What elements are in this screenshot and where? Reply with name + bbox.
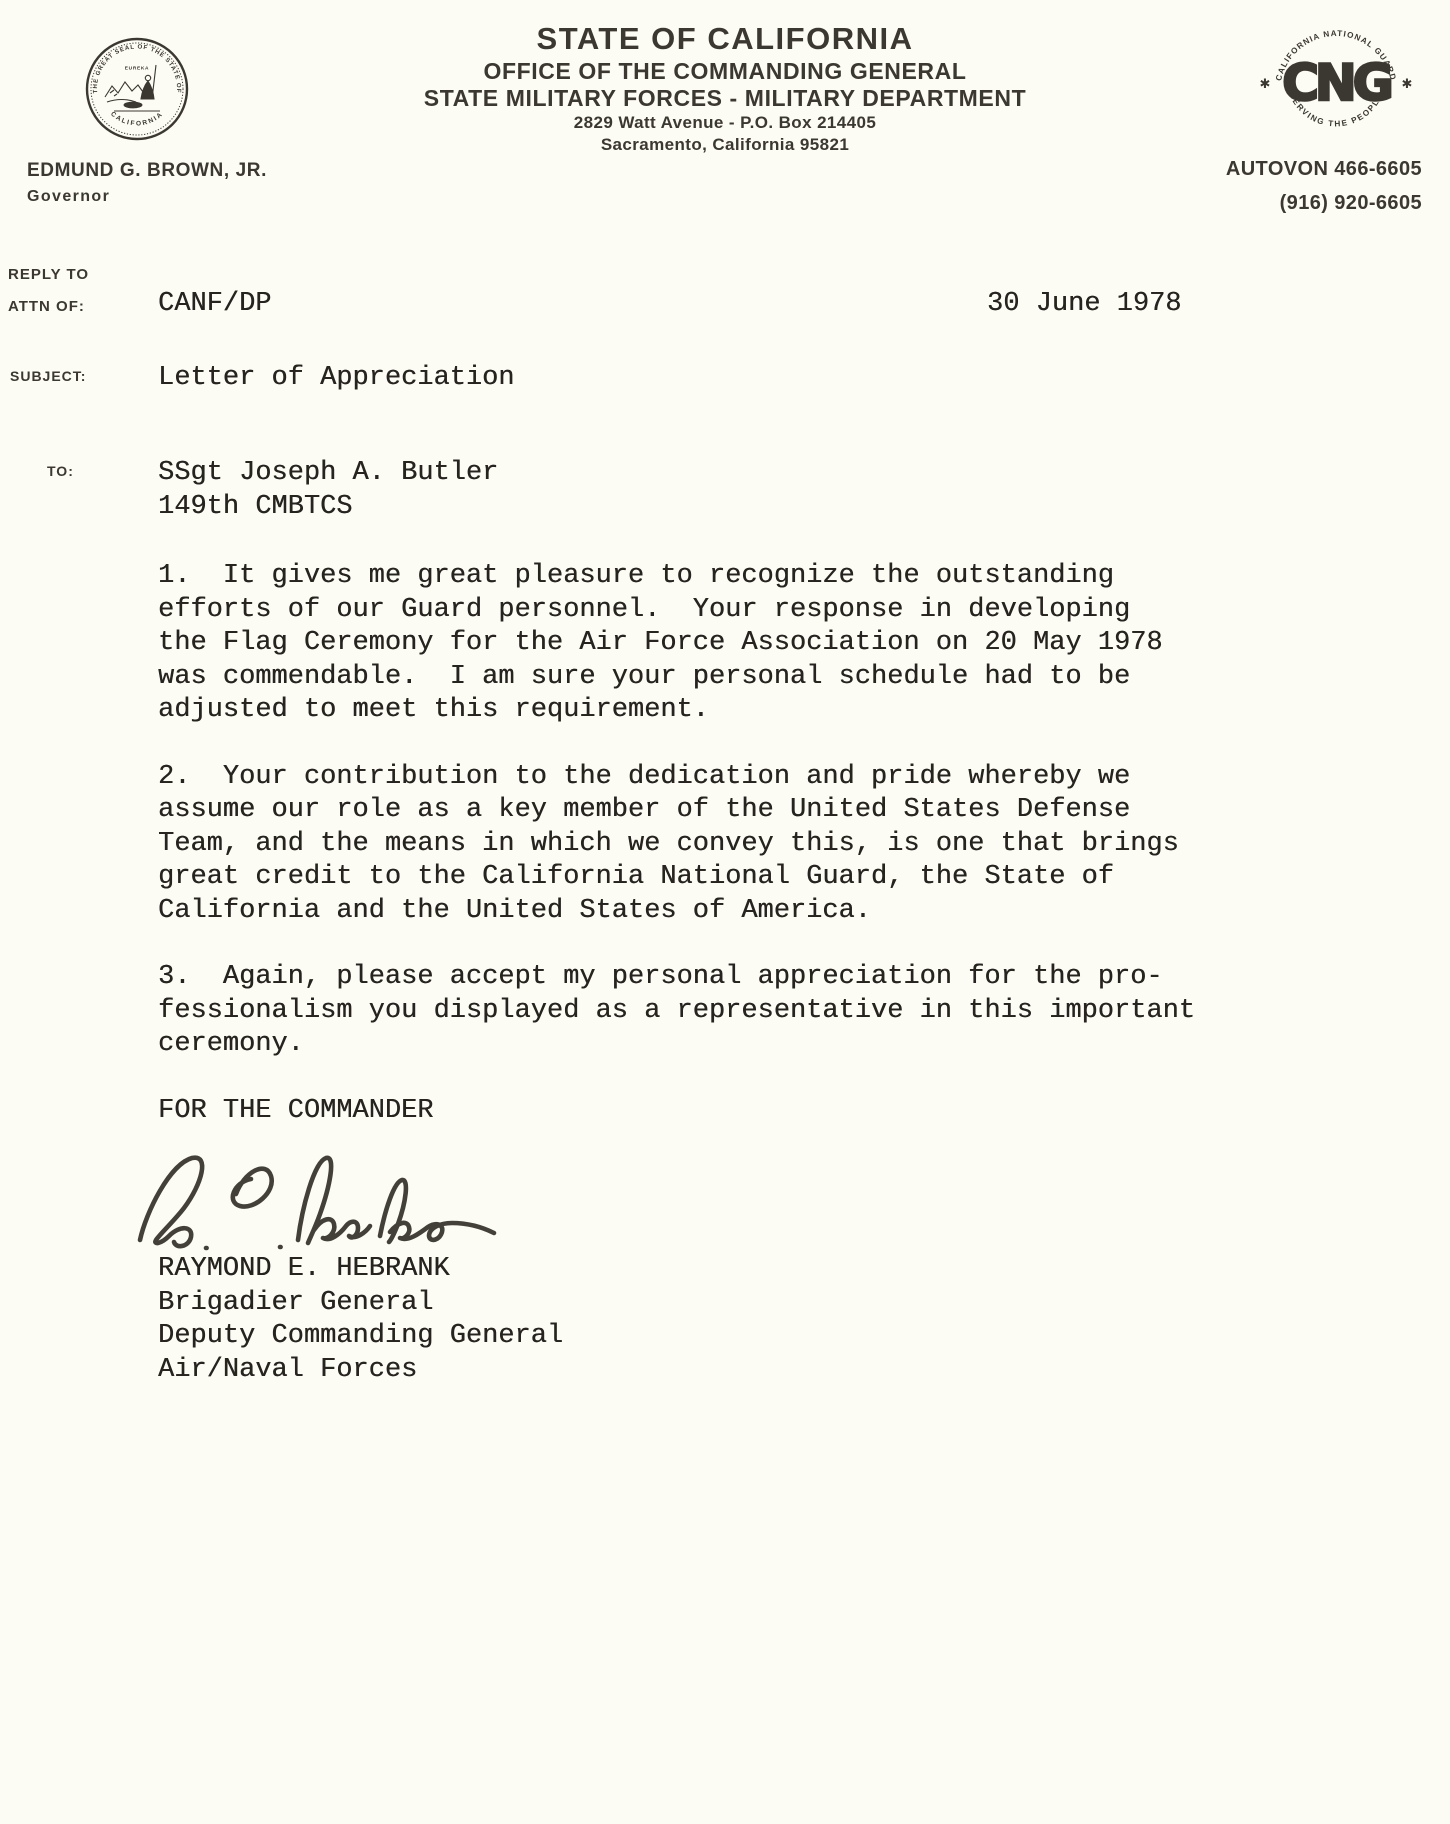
governor-title: Governor (27, 188, 110, 206)
paragraph-3: 3. Again, please accept my personal appr… (158, 961, 1278, 1062)
subject-value: Letter of Appreciation (158, 362, 514, 396)
california-national-guard-emblem-icon: CALIFORNIA NATIONAL GUARD SERVING THE PE… (1252, 16, 1420, 157)
handwritten-signature (130, 1136, 502, 1269)
letterhead-title: STATE OF CALIFORNIA (345, 20, 1105, 58)
letterhead-office: OFFICE OF THE COMMANDING GENERAL (345, 58, 1105, 85)
recipient-address: SSgt Joseph A. Butler 149th CMBTCS (158, 457, 498, 524)
emblem-left-star-icon: ✱ (1260, 76, 1271, 91)
reply-to-label: REPLY TO (8, 266, 89, 283)
emblem-right-star-icon: ✱ (1402, 76, 1413, 91)
letterhead-title-block: STATE OF CALIFORNIA OFFICE OF THE COMMAN… (345, 20, 1105, 156)
emblem-monogram: CNG (1282, 54, 1391, 112)
letter-body: 1. It gives me great pleasure to recogni… (158, 560, 1278, 1128)
subject-label: SUBJECT: (10, 368, 86, 384)
seal-bottom-text: CALIFORNIA (109, 111, 165, 128)
closing-line: FOR THE COMMANDER (158, 1095, 1278, 1129)
to-label: TO: (47, 463, 74, 479)
letterhead-street-address: 2829 Watt Avenue - P.O. Box 214405 (345, 112, 1105, 134)
svg-text:CALIFORNIA: CALIFORNIA (109, 111, 165, 128)
seal-scene (105, 65, 160, 111)
paragraph-1: 1. It gives me great pleasure to recogni… (158, 560, 1278, 728)
signature-typed-block: RAYMOND E. HEBRANK Brigadier General Dep… (158, 1253, 563, 1387)
paragraph-2: 2. Your contribution to the dedication a… (158, 761, 1278, 929)
office-symbol: CANF/DP (158, 288, 271, 322)
governor-name: EDMUND G. BROWN, JR. (27, 160, 267, 182)
letterhead-city-address: Sacramento, California 95821 (345, 134, 1105, 156)
autovon-number: AUTOVON 466-6605 (1226, 158, 1422, 181)
letter-page: THE GREAT SEAL OF THE STATE OF CALIFORNI… (0, 0, 1450, 1824)
california-state-seal-icon: THE GREAT SEAL OF THE STATE OF CALIFORNI… (84, 36, 190, 147)
phone-number: (916) 920-6605 (1280, 192, 1422, 215)
seal-motto-text: EUREKA (125, 66, 149, 72)
attn-of-label: ATTN OF: (8, 298, 85, 315)
letter-date: 30 June 1978 (987, 288, 1181, 322)
letterhead-department: STATE MILITARY FORCES - MILITARY DEPARTM… (345, 85, 1105, 112)
